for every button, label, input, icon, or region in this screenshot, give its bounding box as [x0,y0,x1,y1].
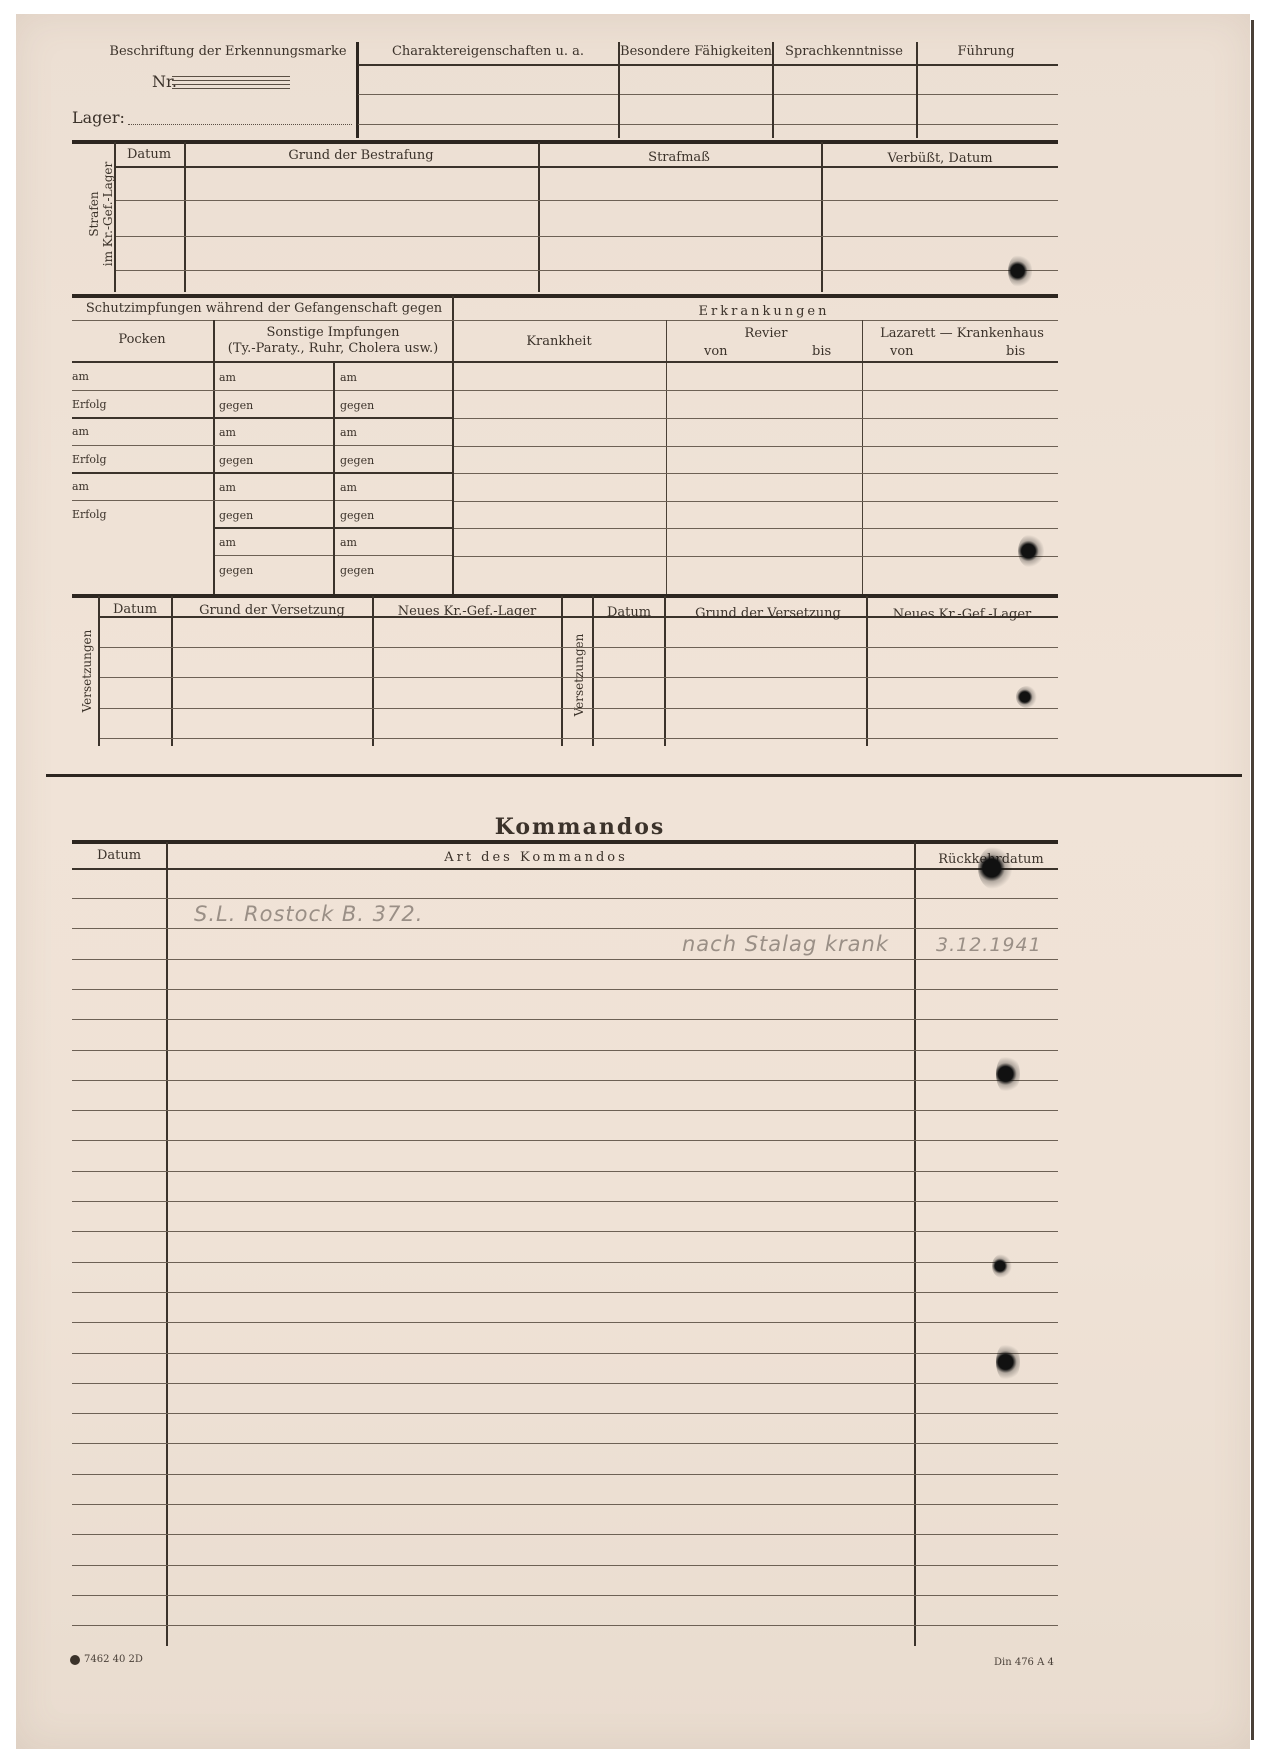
strafen-side-label-1: Strafen [87,159,101,269]
pocken-cell-label: Erfolg [72,508,107,521]
erkrankungen-title: Erkrankungen [699,304,830,319]
kommando-row-line [72,1625,1058,1626]
impfungen-header-rule [72,361,1058,363]
pocken-cell-label: am [72,370,89,383]
punch-hole [1008,254,1032,288]
impfung-cell-label: am [340,536,357,549]
kommando-row-line [72,1353,1058,1354]
kommando-row-line [72,1474,1058,1475]
kommando-row-line [72,959,1058,960]
vers-right-col-grund: Grund der Versetzung [695,606,841,621]
kommando-row-line [72,1322,1058,1323]
erkrankungen-row-line [454,418,1058,419]
erkrankungen-row-line [454,473,1058,474]
kommando-row-line [72,1080,1058,1081]
kommando-row-line [72,898,1058,899]
print-code-text: 7462 40 2D [84,1654,143,1665]
lager-field[interactable] [128,124,352,125]
kommando-entry-2-art[interactable]: nach Stalag krank [682,932,889,956]
erkrankungen-row-line [454,501,1058,502]
kommando-entry-1-art[interactable]: S.L. Rostock B. 372. [194,902,423,926]
print-code: 7462 40 2D [70,1654,143,1665]
lager-label: Lager: [72,108,125,127]
kommando-row-line [72,1262,1058,1263]
header-col-divider [618,42,620,138]
kommando-row-line [72,1050,1058,1051]
col-charaktereigenschaften: Charaktereigenschaften u. a. [392,44,584,59]
sonstige-label-2: (Ty.-Paraty., Ruhr, Cholera usw.) [228,341,439,356]
sonstige-label-1: Sonstige Impfungen [266,325,399,340]
impfung-cell-label: gegen [340,564,374,577]
lazarett-label: Lazarett — Krankenhaus [880,326,1044,341]
pocken-cell-label: Erfolg [72,453,107,466]
kommando-entry-2-rueckkehr[interactable]: 3.12.1941 [936,934,1042,956]
impfung-cell-label: gegen [340,454,374,467]
kommando-row-line [72,1443,1058,1444]
header-col-divider [772,42,774,138]
vers-left-col-datum: Datum [113,602,157,617]
printer-logo-icon [70,1655,80,1665]
strafen-col-verbuesst: Verbüßt, Datum [887,151,992,166]
kommando-row-line [72,1292,1058,1293]
kommando-row-line [72,989,1058,990]
versetzungen-side-label-left: Versetzungen [80,616,94,726]
impfungen-divider [333,363,335,598]
impfung-cell-label: am [219,481,236,494]
versetzungen-side-label-right: Versetzungen [572,620,586,730]
din-label: Din 476 A 4 [994,1657,1054,1668]
punch-hole [996,1342,1020,1382]
kommandos-header-rule [72,868,1058,870]
impfungen-erkrankungen-divider [452,296,454,598]
impfung-cell-label: am [219,426,236,439]
strafen-row-line [116,236,1058,237]
impfung-cell-label: gegen [219,399,253,412]
lazarett-bis: bis [1006,344,1025,359]
kommandos-title: Kommandos [495,814,666,840]
kommando-row-line [72,1019,1058,1020]
fold-rule [46,774,1242,777]
kommandos-col-datum: Datum [97,848,141,863]
kommando-row-line [72,1504,1058,1505]
strafen-row-line [116,200,1058,201]
impfungen-subheader-line [72,320,1058,321]
impfung-cell-label: am [219,371,236,384]
kommando-row-line [72,1413,1058,1414]
impfung-cell-label: gegen [219,564,253,577]
impfung-cell-label: gegen [219,454,253,467]
impfung-cell-label: gegen [340,509,374,522]
strafen-side-label: Strafen im Kr.-Gef.-Lager [87,159,115,269]
kommando-row-line [72,1201,1058,1202]
punch-hole [1016,686,1038,708]
impfung-row-line [72,500,452,501]
versetzungen-divider [592,596,594,746]
versetzungen-divider [98,596,100,746]
versetzungen-top-rule [72,594,1058,598]
impfung-row-line [72,417,452,419]
kommando-row-line [72,1171,1058,1172]
header-col-divider [916,42,918,138]
pocken-cell-label: am [72,480,89,493]
kommando-row-line [72,1383,1058,1384]
col-besondere-faehigkeiten: Besondere Fähigkeiten [620,44,772,59]
header-line [358,94,1058,95]
krankheit-label: Krankheit [526,334,591,349]
impfung-cell-label: am [219,536,236,549]
kommando-row-line [72,928,1058,929]
kommando-row-line [72,1565,1058,1566]
impfungen-title: Schutzimpfungen während der Gefangenscha… [86,301,442,316]
pocken-cell-label: Erfolg [72,398,107,411]
impfung-cell-label: gegen [340,399,374,412]
impfung-cell-label: am [340,371,357,384]
vers-right-col-lager: Neues Kr.-Gef.-Lager [893,607,1032,622]
strafen-col-grund: Grund der Bestrafung [288,148,433,163]
versetzungen-row-line [100,677,1058,678]
kommandos-divider [914,842,916,1646]
punch-hole [978,846,1012,890]
punch-hole [996,1054,1020,1094]
erkrankungen-row-line [454,556,1058,557]
erkrankungen-row-line [454,390,1058,391]
strafen-col-strafmass: Strafmaß [648,150,710,165]
col-sprachkenntnisse: Sprachkenntnisse [785,44,903,59]
strafen-row-line [116,270,1058,271]
versetzungen-divider [372,596,374,746]
versetzungen-divider [664,596,666,746]
col-fuehrung: Führung [957,44,1014,59]
punch-hole [1018,534,1044,568]
lazarett-von: von [890,344,914,359]
pocken-cell-label: am [72,425,89,438]
kommando-row-line [72,1140,1058,1141]
impfung-row-line [72,390,452,391]
pocken-label: Pocken [118,332,165,347]
erkrankungen-row-line [454,528,1058,529]
impfung-cell-label: gegen [219,509,253,522]
header-line [358,124,1058,125]
kommandos-top-rule [72,840,1058,844]
versetzungen-row-line [100,708,1058,709]
header-rule [358,64,1058,66]
versetzungen-divider [171,596,173,746]
impfung-row-line [72,445,452,446]
punch-hole [992,1254,1012,1278]
strafen-top-rule [72,140,1058,144]
strafen-header-rule [116,166,1058,168]
kommando-row-line [72,1595,1058,1596]
versetzungen-row-line [100,738,1058,739]
kommando-row-line [72,1231,1058,1232]
versetzungen-divider [866,596,868,746]
kommandos-col-art: Art des Kommandos [444,850,628,865]
impfung-cell-label: am [340,426,357,439]
erkennungsmarke-label: Beschriftung der Erkennungsmarke [109,44,346,59]
kommando-row-line [72,1110,1058,1111]
strafen-col-datum: Datum [127,147,171,162]
impfung-cell-label: am [340,481,357,494]
impfung-row-line [72,472,452,474]
versetzungen-divider [561,596,563,746]
kommando-row-line [72,1534,1058,1535]
nr-field[interactable] [172,76,290,92]
impfungen-top-rule [72,294,1058,298]
erkrankungen-row-line [454,446,1058,447]
page-edge [1251,20,1254,1740]
revier-von: von [704,344,728,359]
revier-bis: bis [812,344,831,359]
revier-label: Revier [745,326,788,341]
strafen-side-label-2: im Kr.-Gef.-Lager [101,159,115,269]
form-page: Beschriftung der Erkennungsmarke Nr. Lag… [16,14,1250,1749]
kommandos-divider [166,842,168,1646]
versetzungen-header-rule [100,616,1058,618]
versetzungen-row-line [100,647,1058,648]
